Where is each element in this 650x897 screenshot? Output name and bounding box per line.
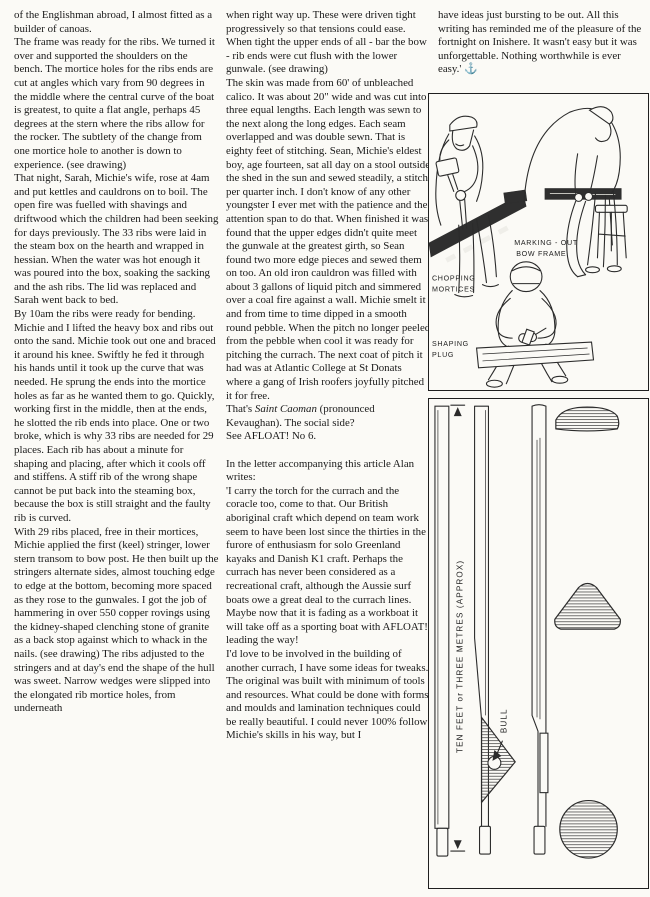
- paragraph: The frame was ready for the ribs. We tur…: [14, 36, 219, 172]
- paragraph: [226, 444, 431, 458]
- bull-label: BULL: [499, 708, 508, 733]
- morticed-beam: [429, 193, 526, 262]
- man-chopping-mortices: [436, 116, 499, 297]
- flat-cap: [450, 116, 477, 131]
- paragraph: when right way up. These were driven tig…: [226, 9, 431, 77]
- blade-cross-section: [556, 407, 619, 431]
- oar-side-view: [532, 405, 548, 854]
- paragraph: 'I carry the torch for the currach and t…: [226, 485, 431, 648]
- stool: [595, 205, 627, 258]
- boatbuilding-illustration: MARKING - OUT BOW FRAME CHOPPING MORTICE…: [428, 93, 649, 391]
- handle-cross-section: [560, 801, 617, 858]
- oar-drawings: TEN FEET or THREE METRES (APPROX) BULL: [429, 399, 648, 888]
- paragraph: of the Englishman abroad, I almost fitte…: [14, 9, 219, 36]
- knife: [536, 328, 546, 334]
- paragraph: That night, Sarah, Michie's wife, rose a…: [14, 172, 219, 308]
- paragraph: I'd love to be involved in the building …: [226, 648, 431, 743]
- paragraph: By 10am the ribs were ready for bending.…: [14, 308, 219, 526]
- label-bow-frame: BOW FRAME: [516, 250, 566, 258]
- paragraph: In the letter accompanying this article …: [226, 458, 431, 485]
- label-shaping: SHAPING: [432, 340, 469, 348]
- text-column-2: when right way up. These were driven tig…: [226, 9, 431, 743]
- paragraph: That's Saint Caoman (pronounced Kevaugha…: [226, 403, 431, 430]
- bull-cross-section: [555, 584, 621, 630]
- label-chopping: CHOPPING: [432, 275, 476, 283]
- length-label: TEN FEET or THREE METRES (APPROX): [456, 560, 465, 753]
- man-shaping-plug: [477, 262, 594, 387]
- label-plug: PLUG: [432, 351, 454, 359]
- cap: [590, 107, 613, 124]
- magazine-page: of the Englishman abroad, I almost fitte…: [0, 0, 650, 897]
- plug-workpiece: [522, 329, 534, 345]
- log-bench: [477, 342, 594, 368]
- label-mortices: MORTICES: [432, 286, 475, 294]
- paragraph: With 29 ribs placed, free in their morti…: [14, 526, 219, 716]
- boatbuilding-sketch: MARKING - OUT BOW FRAME CHOPPING MORTICE…: [429, 94, 648, 390]
- oar-with-bull: BULL: [475, 406, 516, 854]
- text-column-1: of the Englishman abroad, I almost fitte…: [14, 9, 219, 716]
- text-column-3: have ideas just bursting to be out. All …: [438, 9, 644, 77]
- paragraph: See AFLOAT! No 6.: [226, 430, 431, 444]
- label-marking-out: MARKING - OUT: [514, 239, 578, 247]
- paragraph: have ideas just bursting to be out. All …: [438, 9, 644, 77]
- oars-diagram: TEN FEET or THREE METRES (APPROX) BULL: [428, 398, 649, 889]
- length-dimension: TEN FEET or THREE METRES (APPROX): [451, 405, 465, 851]
- oar-lath: [435, 406, 449, 856]
- paragraph: The skin was made from 60' of unbleached…: [226, 77, 431, 403]
- bull-side-view: [540, 733, 548, 792]
